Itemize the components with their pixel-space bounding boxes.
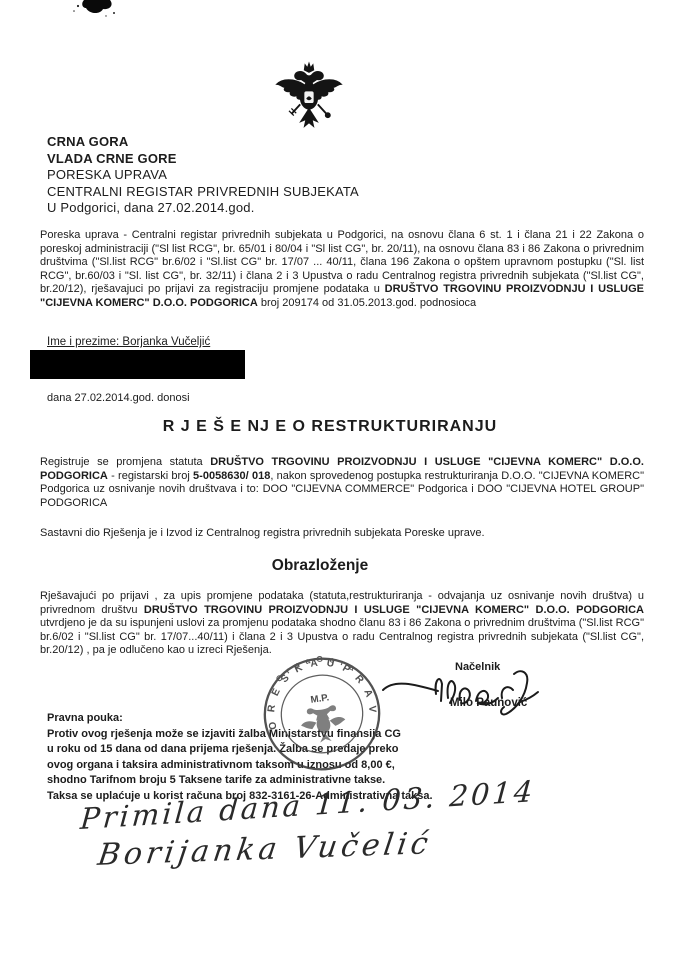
resolution-paragraph: Registruje se promjena statuta DRUŠTVO T… [40,456,644,510]
issue-date-line: dana 27.02.2014.god. donosi [47,392,190,404]
coat-of-arms-icon [269,58,349,138]
scanned-document-page: CRNA GORA VLADA CRNE GORE PORESKA UPRAVA… [0,0,679,960]
letterhead-authority: PORESKA UPRAVA [47,167,359,184]
handwritten-signature: Borijanka Vučelić [96,826,435,873]
letterhead-country: CRNA GORA [47,134,359,151]
applicant-name-line: Ime i prezime: Borjanka Vučeljić [47,336,210,348]
stamp-emblem [299,704,348,745]
intro-paragraph: Poreska uprava - Centralni registar priv… [40,229,644,311]
document-title: R J E Š E NJ E O RESTRUKTURIRANJU [40,418,620,436]
stamp-mp-text: M.P. [310,692,330,706]
letterhead-government: VLADA CRNE GORE [47,151,359,168]
letterhead-place-date: U Podgorici, dana 27.02.2014.god. [47,200,359,217]
signer-name: Milo Paunović [450,697,527,709]
section-heading-obrazlozenje: Obrazloženje [0,557,640,575]
letterhead: CRNA GORA VLADA CRNE GORE PORESKA UPRAVA… [47,134,359,217]
official-stamp: C r n a G o r a P O R E S K A U P R A V … [248,641,397,786]
attachment-note: Sastavni dio Rješenja je i Izvod iz Cent… [40,527,644,541]
registry-number: 5-0058630/ 018 [193,470,270,482]
ink-blot [70,0,118,20]
resolution-text: Registruje se promjena statuta [40,456,210,468]
intro-text-end: broj 209174 od 31.05.2013.god. podnosioc… [258,297,476,309]
explanation-company-name: DRUŠTVO TRGOVINU PROIZVODNJU I USLUGE "C… [144,604,644,616]
signature-scribble [380,664,552,722]
letterhead-registry: CENTRALNI REGISTAR PRIVREDNIH SUBJEKATA [47,184,359,201]
resolution-text-2: - registarski broj [108,470,193,482]
redaction-bar [30,350,245,379]
